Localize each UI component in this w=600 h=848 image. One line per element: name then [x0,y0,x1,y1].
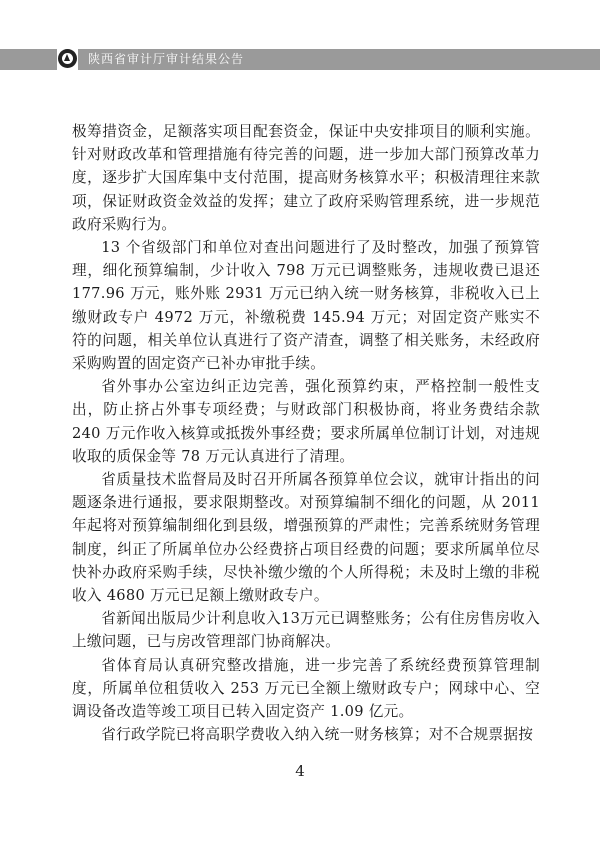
header-title: 陕西省审计厅审计结果公告 [88,51,244,68]
header-band-left [0,49,57,70]
paragraph-quality-supervision-bureau: 省质量技术监督局及时召开所属各预算单位会议，就审计指出的问题逐条进行通报，要求限… [72,468,540,607]
paragraph-continuation: 极筹措资金，足额落实项目配套资金，保证中央安排项目的顺利实施。针对财政改革和管理… [72,120,540,236]
paragraph-sports-bureau: 省体育局认真研究整改措施，进一步完善了系统经费预算管理制度，所属单位租赁收入 2… [72,654,540,724]
document-body: 极筹措资金，足额落实项目配套资金，保证中央安排项目的顺利实施。针对财政改革和管理… [72,120,540,746]
paragraph-foreign-affairs-office: 省外事办公室边纠正边完善，强化预算约束，严格控制一般性支出，防止挤占外事专项经费… [72,375,540,468]
paragraph-administration-institute: 省行政学院已将高职学费收入纳入统一财务核算；对不合规票据按 [72,723,540,746]
audit-emblem-icon [58,49,77,68]
running-header: 陕西省审计厅审计结果公告 [0,49,600,70]
paragraph-provincial-departments: 13 个省级部门和单位对查出问题进行了及时整改，加强了预算管理，细化预算编制，少… [72,236,540,375]
paragraph-press-publication-bureau: 省新闻出版局少计利息收入13万元已调整账务；公有住房售房收入上缴问题，已与房改管… [72,607,540,653]
page-number: 4 [0,762,600,780]
